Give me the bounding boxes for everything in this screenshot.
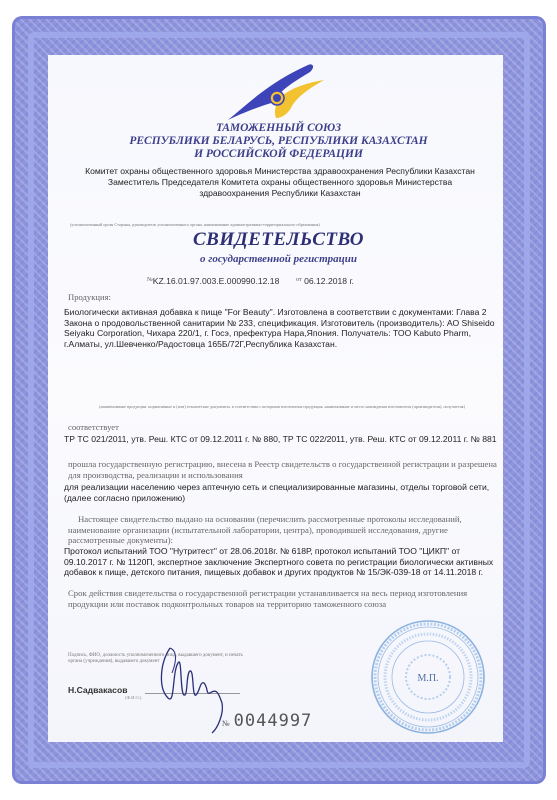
issuing-body-line-1: Комитет охраны общественного здоровья Ми… xyxy=(55,166,505,177)
official-stamp-icon: М.П. xyxy=(368,617,488,737)
serial-prefix: № xyxy=(222,719,230,728)
fio-caption: (Ф.И.О.) xyxy=(125,695,141,700)
stamp-text: М.П. xyxy=(417,673,438,684)
issuing-body-line-2: Заместитель Председателя Комитета охраны… xyxy=(55,177,505,188)
basis-statement: Настоящее свидетельство выдано на основа… xyxy=(68,514,504,546)
issuing-body-line-3: здравоохранения Республики Казахстан xyxy=(55,188,505,199)
product-description: Биологически активная добавка к пище "Fo… xyxy=(64,307,504,349)
certificate-subtitle: о государственной регистрации xyxy=(40,253,517,265)
usage-scope: для реализации населению через аптечную … xyxy=(64,482,504,503)
union-header-line-2: РЕСПУБЛИКИ БЕЛАРУСЬ, РЕСПУБЛИКИ КАЗАХСТА… xyxy=(40,135,517,148)
serial-number-line: №0044997 xyxy=(222,711,312,731)
union-header-line-1: ТАМОЖЕННЫЙ СОЮЗ xyxy=(40,122,517,135)
validity-statement: Срок действия свидетельства о государств… xyxy=(68,588,504,609)
registration-date: 06.12.2018 г. xyxy=(304,276,354,286)
product-caption: (наименование продукции, нормативные и (… xyxy=(72,404,492,409)
certificate: ТАМОЖЕННЫЙ СОЮЗ РЕСПУБЛИКИ БЕЛАРУСЬ, РЕС… xyxy=(0,0,557,800)
date-prefix: от xyxy=(296,277,302,283)
certificate-title: СВИДЕТЕЛЬСТВО xyxy=(40,229,517,251)
issuing-body-caption: (уполномоченный орган Стороны, руководит… xyxy=(70,222,490,227)
eurasian-union-logo-icon xyxy=(220,62,330,122)
registration-number: KZ.16.01.97.003.E.000990.12.18 xyxy=(153,276,280,286)
complies-label: соответствует xyxy=(68,422,119,432)
basis-documents: Протокол испытаний ТОО "Нутритест" от 28… xyxy=(64,546,504,578)
serial-number: 0044997 xyxy=(234,711,313,731)
union-header-line-3: И РОССИЙСКОЙ ФЕДЕРАЦИИ xyxy=(40,148,517,161)
product-label: Продукция: xyxy=(68,292,111,302)
registered-statement: прошла государственную регистрацию, внес… xyxy=(68,459,504,480)
signature-icon xyxy=(150,643,230,738)
registration-line: №KZ.16.01.97.003.E.000990.12.18 от 06.12… xyxy=(147,276,354,286)
signer-name: Н.Садвакасов xyxy=(68,685,127,695)
complies-standards: ТР ТС 021/2011, утв. Реш. КТС от 09.12.2… xyxy=(64,434,504,445)
